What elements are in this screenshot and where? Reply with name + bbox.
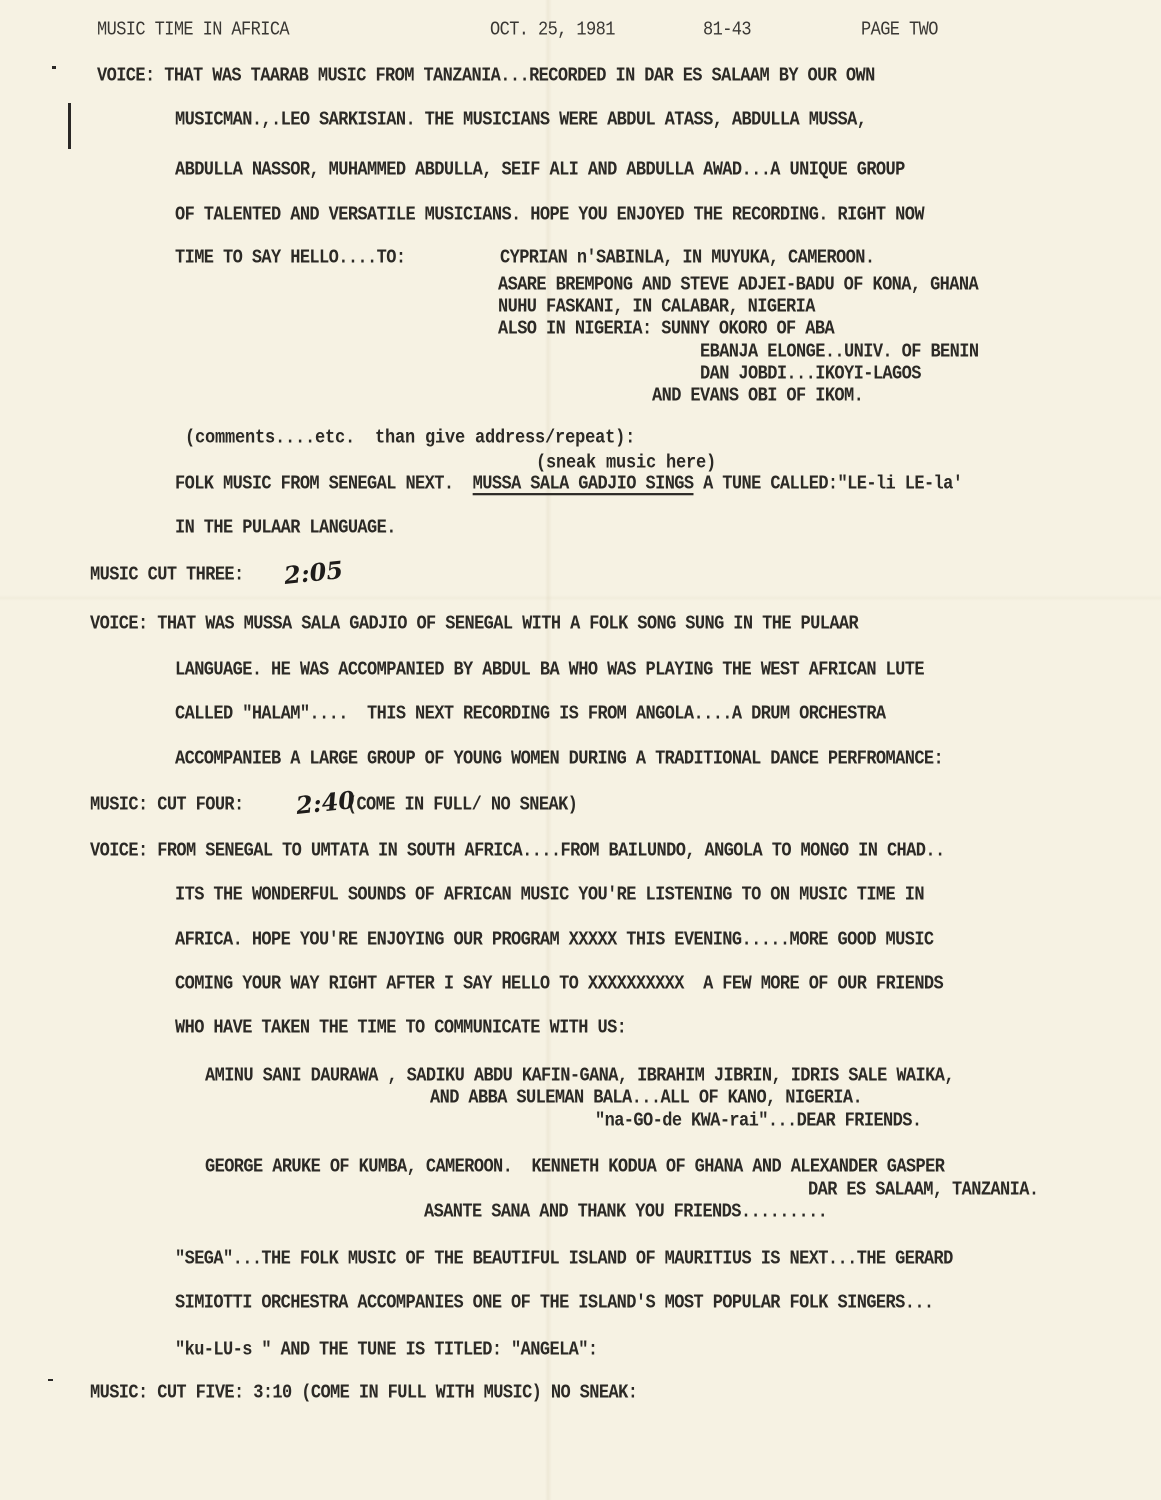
voice-line: OF TALENTED AND VERSATILE MUSICIANS. HOP… [175, 205, 924, 226]
program-title: MUSIC TIME IN AFRICA [97, 20, 289, 41]
voice-line: MUSICMAN.,.LEO SARKISIAN. THE MUSICIANS … [175, 110, 866, 131]
voice-line: LANGUAGE. HE WAS ACCOMPANIED BY ABDUL BA… [175, 660, 924, 681]
page-label: PAGE TWO [861, 20, 938, 41]
friends-list: DAR ES SALAAM, TANZANIA. [808, 1180, 1038, 1201]
stage-direction: (comments....etc. than give address/repe… [185, 428, 635, 449]
margin-dot [52, 66, 56, 69]
hello-name: CYPRIAN n'SABINLA, IN MUYUKA, CAMEROON. [500, 248, 874, 269]
voice-line: ABDULLA NASSOR, MUHAMMED ABDULLA, SEIF A… [175, 160, 905, 181]
voice-line: AFRICA. HOPE YOU'RE ENJOYING OUR PROGRAM… [175, 930, 934, 951]
voice-line: "SEGA"...THE FOLK MUSIC OF THE BEAUTIFUL… [175, 1249, 953, 1270]
folk-line: FOLK MUSIC FROM SENEGAL NEXT. MUSSA SALA… [175, 474, 962, 495]
friends-list: ASANTE SANA AND THANK YOU FRIENDS.......… [424, 1202, 827, 1223]
friends-list: "na-GO-de KWA-rai"...DEAR FRIENDS. [595, 1111, 921, 1132]
hello-intro: TIME TO SAY HELLO....TO: [175, 248, 405, 269]
friends-list: AND ABBA SULEMAN BALA...ALL OF KANO, NIG… [430, 1088, 862, 1109]
script-number: 81-43 [703, 20, 751, 41]
voice-line: ACCOMPANIEB A LARGE GROUP OF YOUNG WOMEN… [175, 749, 943, 770]
hello-name: DAN JOBDI...IKOYI-LAGOS [700, 364, 921, 385]
margin-dash [48, 1379, 53, 1381]
typed-script-page: MUSIC TIME IN AFRICA OCT. 25, 1981 81-43… [0, 0, 1161, 1500]
voice-line: CALLED "HALAM".... THIS NEXT RECORDING I… [175, 704, 886, 725]
folk-line: IN THE PULAAR LANGUAGE. [175, 518, 396, 539]
voice-line: VOICE: THAT WAS MUSSA SALA GADJIO OF SEN… [90, 614, 858, 635]
hello-name: EBANJA ELONGE..UNIV. OF BENIN [700, 342, 978, 363]
voice-line: VOICE: FROM SENEGAL TO UMTATA IN SOUTH A… [90, 841, 945, 862]
voice-line: SIMIOTTI ORCHESTRA ACCOMPANIES ONE OF TH… [175, 1293, 934, 1314]
stage-direction: (sneak music here) [536, 453, 716, 474]
margin-mark [68, 103, 71, 149]
broadcast-date: OCT. 25, 1981 [490, 20, 615, 41]
handwritten-time: 2:40 [295, 785, 357, 820]
friends-list: GEORGE ARUKE OF KUMBA, CAMEROON. KENNETH… [205, 1157, 944, 1178]
voice-line: ITS THE WONDERFUL SOUNDS OF AFRICAN MUSI… [175, 885, 924, 906]
folk-text: A TUNE CALLED:"LE-li LE-la' [694, 474, 963, 495]
hello-name: ALSO IN NIGERIA: SUNNY OKORO OF ABA [498, 319, 834, 340]
music-cue: MUSIC CUT THREE: [90, 565, 253, 586]
friends-list: AMINU SANI DAURAWA , SADIKU ABDU KAFIN-G… [205, 1066, 954, 1087]
hello-name: AND EVANS OBI OF IKOM. [652, 386, 863, 407]
hello-name: NUHU FASKANI, IN CALABAR, NIGERIA [498, 297, 815, 318]
folk-text: FOLK MUSIC FROM SENEGAL NEXT. [175, 474, 473, 495]
handwritten-time: 2:05 [283, 555, 345, 590]
artist-underlined: MUSSA SALA GADJIO SINGS [473, 474, 694, 495]
voice-line: COMING YOUR WAY RIGHT AFTER I SAY HELLO … [175, 974, 943, 995]
voice-line: WHO HAVE TAKEN THE TIME TO COMMUNICATE W… [175, 1018, 626, 1039]
music-cue: MUSIC: CUT FIVE: 3:10 (COME IN FULL WITH… [90, 1383, 637, 1404]
voice-line: VOICE: THAT WAS TAARAB MUSIC FROM TANZAN… [97, 66, 875, 87]
voice-line: "ku-LU-s " AND THE TUNE IS TITLED: "ANGE… [175, 1340, 597, 1361]
music-cue-text: (COME IN FULL/ NO SNEAK) [337, 795, 577, 816]
music-cue-text: MUSIC: CUT FOUR: [90, 795, 253, 816]
hello-name: ASARE BREMPONG AND STEVE ADJEI-BADU OF K… [498, 275, 978, 296]
